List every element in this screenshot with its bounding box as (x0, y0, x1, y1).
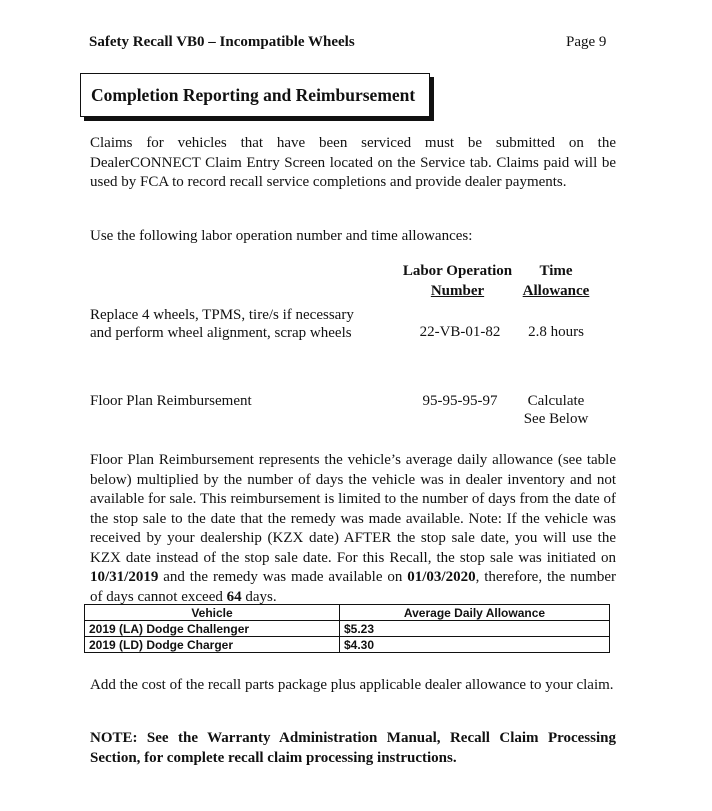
floor-plan-text: Floor Plan Reimbursement represents the … (90, 451, 616, 607)
floor-plan-text-a: Floor Plan Reimbursement represents the … (90, 452, 616, 566)
max-days: 64 (227, 589, 242, 605)
table-row: 2019 (LA) Dodge Challenger $5.23 (85, 621, 610, 637)
header-average-daily-allowance: Average Daily Allowance (340, 605, 610, 621)
task-line: Replace 4 wheels, TPMS, tire/s if necess… (90, 306, 390, 324)
claims-paragraph: Claims for vehicles that have been servi… (90, 134, 616, 193)
labor-op-header-line1: Labor Operation (395, 262, 520, 282)
stop-sale-date: 10/31/2019 (90, 569, 158, 585)
allowance-cell: $5.23 (340, 621, 610, 637)
labor-row-task: Replace 4 wheels, TPMS, tire/s if necess… (90, 306, 390, 342)
header-vehicle: Vehicle (85, 605, 340, 621)
labor-intro-paragraph: Use the following labor operation number… (90, 227, 616, 247)
time-allowance-column-header: Time Allowance (517, 262, 595, 301)
add-cost-paragraph: Add the cost of the recall parts package… (90, 676, 616, 696)
labor-row-op-number: 22-VB-01-82 (405, 323, 515, 341)
floor-plan-text-d: days. (242, 589, 277, 605)
labor-intro-text: Use the following labor operation number… (90, 227, 616, 247)
task-line: and perform wheel alignment, scrap wheel… (90, 324, 390, 342)
labor-op-column-header: Labor Operation Number (395, 262, 520, 301)
document-header-title: Safety Recall VB0 – Incompatible Wheels (89, 34, 355, 51)
labor-row-op-number: 95-95-95-97 (405, 392, 515, 410)
claims-text: Claims for vehicles that have been servi… (90, 134, 616, 193)
section-title: Completion Reporting and Reimbursement (91, 85, 415, 106)
remedy-date: 01/03/2020 (407, 569, 475, 585)
add-cost-text: Add the cost of the recall parts package… (90, 676, 616, 696)
note-text: NOTE: See the Warranty Administration Ma… (90, 729, 616, 768)
time-line: Calculate (517, 392, 595, 410)
floor-plan-text-b: and the remedy was made available on (158, 569, 407, 585)
table-row: 2019 (LD) Dodge Charger $4.30 (85, 637, 610, 653)
time-header-line2: Allowance (517, 282, 595, 302)
note-paragraph: NOTE: See the Warranty Administration Ma… (90, 729, 616, 768)
time-line: See Below (517, 410, 595, 428)
floor-plan-paragraph: Floor Plan Reimbursement represents the … (90, 451, 616, 607)
allowance-table-header-row: Vehicle Average Daily Allowance (85, 605, 610, 621)
vehicle-cell: 2019 (LA) Dodge Challenger (85, 621, 340, 637)
labor-row-time: 2.8 hours (517, 323, 595, 341)
page-number: Page 9 (566, 34, 606, 51)
allowance-table: Vehicle Average Daily Allowance 2019 (LA… (84, 604, 610, 653)
time-header-line1: Time (517, 262, 595, 282)
labor-row-task: Floor Plan Reimbursement (90, 392, 390, 410)
labor-op-header-line2: Number (395, 282, 520, 302)
allowance-cell: $4.30 (340, 637, 610, 653)
labor-row-time: Calculate See Below (517, 392, 595, 428)
vehicle-cell: 2019 (LD) Dodge Charger (85, 637, 340, 653)
